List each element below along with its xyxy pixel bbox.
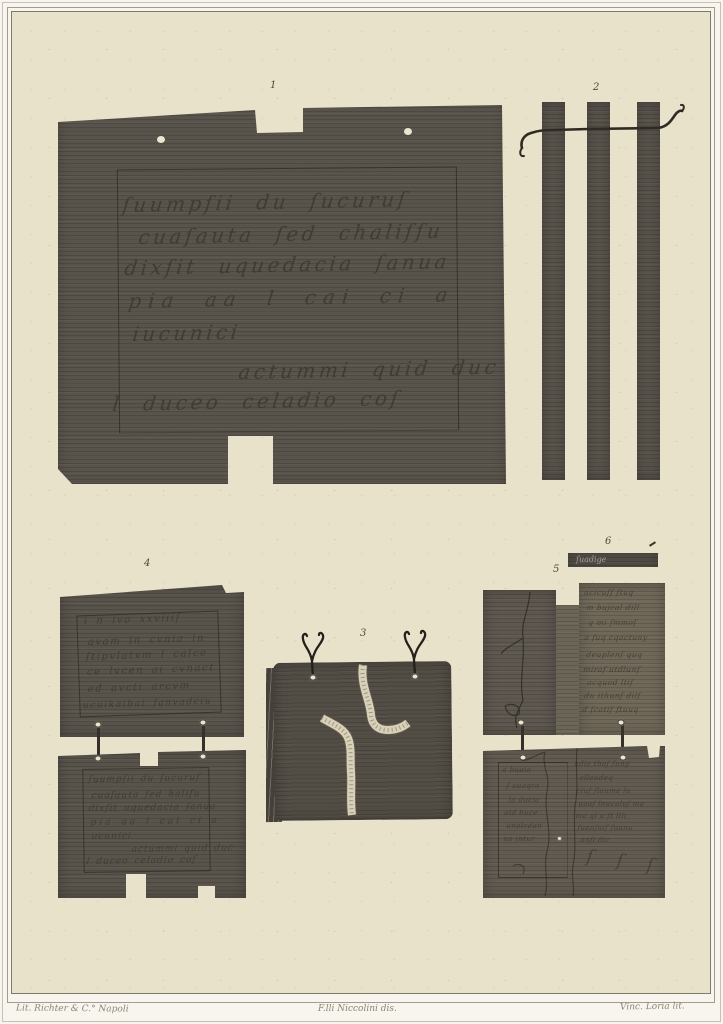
inscription-line: miraſ utdlunſ [583, 665, 641, 674]
binding-eyelet [517, 719, 525, 726]
lower-diptych: a buaia ſ uuaqro lu docia ald buce unalc… [483, 746, 665, 898]
inscription-line: m bujcal dill [586, 603, 641, 612]
binding-hole [157, 136, 165, 143]
large-wax-tablet: ſuumpſii du ſucuruſ cuaſauta ſed chaliſſ… [56, 95, 508, 489]
inscription-line: a fuq cqactuny [584, 633, 648, 642]
binding-eyelet [199, 753, 207, 760]
figure-number-1: 1 [270, 80, 276, 91]
right-leaf: acicuſſ ſtuq m bujcal dill q mi ſmmoſ a … [579, 583, 665, 735]
inscription-line: cuaſauta ſed haliſu [91, 789, 201, 801]
lithographer-caption: Vinc. Loria lit. [620, 1001, 685, 1012]
inscription-line: acquod ltiſ [587, 678, 634, 687]
inscription-line: acicuſſ ſtuq [584, 588, 635, 597]
crack-lines [483, 746, 665, 898]
closed-codex [262, 630, 458, 830]
inscription-line: ucunici [91, 831, 132, 842]
strip-label: ſuadige [576, 555, 606, 564]
hinged-tablet-pair: i n ivo xxviiiſ avam in cvnia in ſtipvla… [56, 560, 252, 905]
inscription-line: d ſcatif ſtuuq [582, 705, 640, 714]
binding-hole [404, 128, 412, 135]
inscription-line: deuplenſ quq [586, 650, 643, 659]
inscription-line: actummi quid duc [131, 843, 234, 855]
inscription-line: l duceo celadio coſ [86, 855, 197, 867]
binding-eyelet [617, 719, 625, 726]
printer-caption: Lit. Richter & C.° Napoli [16, 1003, 129, 1014]
inscription-line: iucunici [131, 320, 242, 346]
labelled-strip: ſuadige [568, 553, 658, 567]
binding-eyelet [94, 755, 102, 762]
binding-eyelet [94, 721, 102, 728]
tablet-strips-group [518, 84, 684, 484]
engraved-plate-scan: 1 ſuumpſii du ſucuruſ cuaſauta ſed chali… [0, 0, 723, 1024]
binding-cord [518, 84, 684, 484]
inscription-line: ſuumpſii du ſucuruſ [88, 773, 201, 785]
inscription-line: du ithunſ dilſ [584, 691, 642, 700]
inscription-line: q mi ſmmoſ [588, 618, 638, 627]
binding-eyelet [199, 719, 207, 726]
upper-diptych: acicuſſ ſtuq m bujcal dill q mi ſmmoſ a … [483, 583, 665, 735]
crack-lines [483, 590, 556, 735]
hinge-strip [556, 605, 579, 735]
draughtsman-caption: F.lli Niccolini dis. [318, 1004, 397, 1014]
papyrus-ribbon [262, 630, 458, 830]
right-tablet-group: ſuadige acicuſſ ſtuq m bujcal dill q mi … [480, 538, 670, 906]
